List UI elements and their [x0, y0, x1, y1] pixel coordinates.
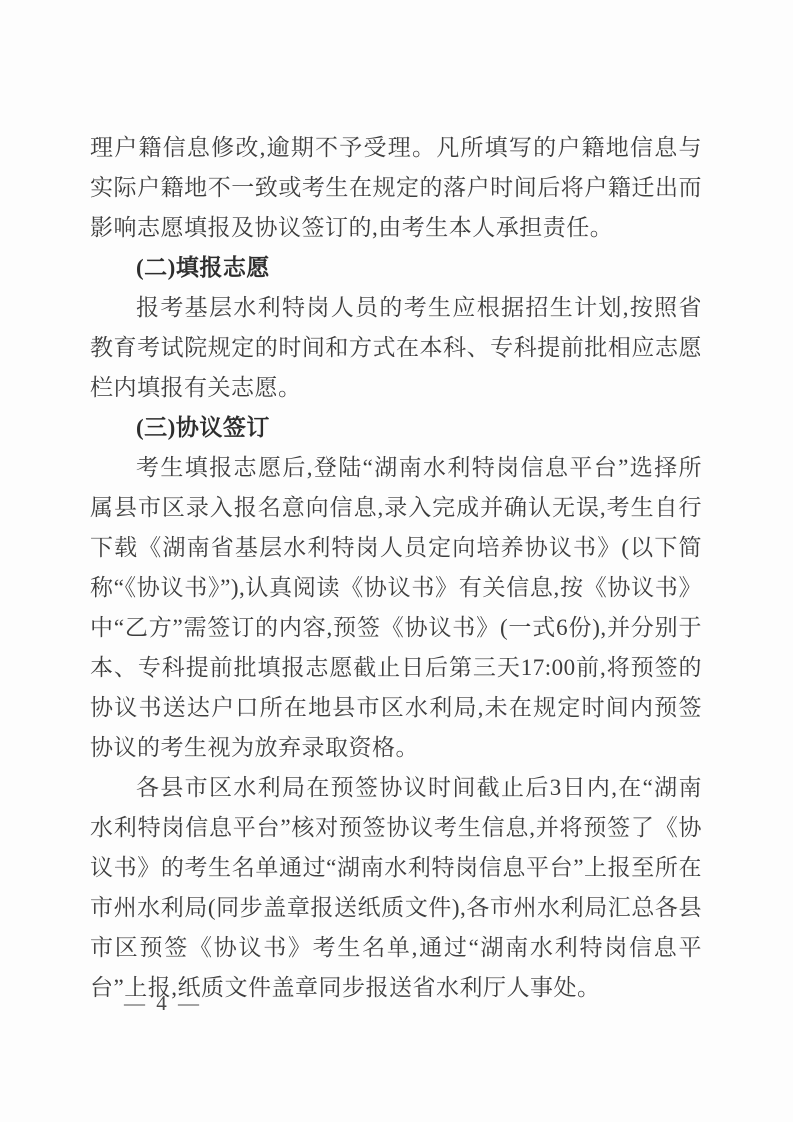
paragraph-agreement-reporting: 各县市区水利局在预签协议时间截止后3日内,在“湖南水利特岗信息平台”核对预签协议… [90, 768, 702, 1008]
paragraph-household-registration-liability: 理户籍信息修改,逾期不予受理。凡所填写的户籍地信息与实际户籍地不一致或考生在规定… [90, 128, 702, 248]
page-number: — 4 — [124, 988, 202, 1018]
paragraph-agreement-presigning: 考生填报志愿后,登陆“湖南水利特岗信息平台”选择所属县市区录入报名意向信息,录入… [90, 448, 702, 768]
section-heading-agreement-signing: (三)协议签订 [90, 408, 702, 448]
paragraph-volunteer-filing: 报考基层水利特岗人员的考生应根据招生计划,按照省教育考试院规定的时间和方式在本科… [90, 288, 702, 408]
document-page: 理户籍信息修改,逾期不予受理。凡所填写的户籍地信息与实际户籍地不一致或考生在规定… [0, 0, 793, 1122]
document-body: 理户籍信息修改,逾期不予受理。凡所填写的户籍地信息与实际户籍地不一致或考生在规定… [90, 128, 702, 1008]
section-heading-volunteer-filing: (二)填报志愿 [90, 248, 702, 288]
